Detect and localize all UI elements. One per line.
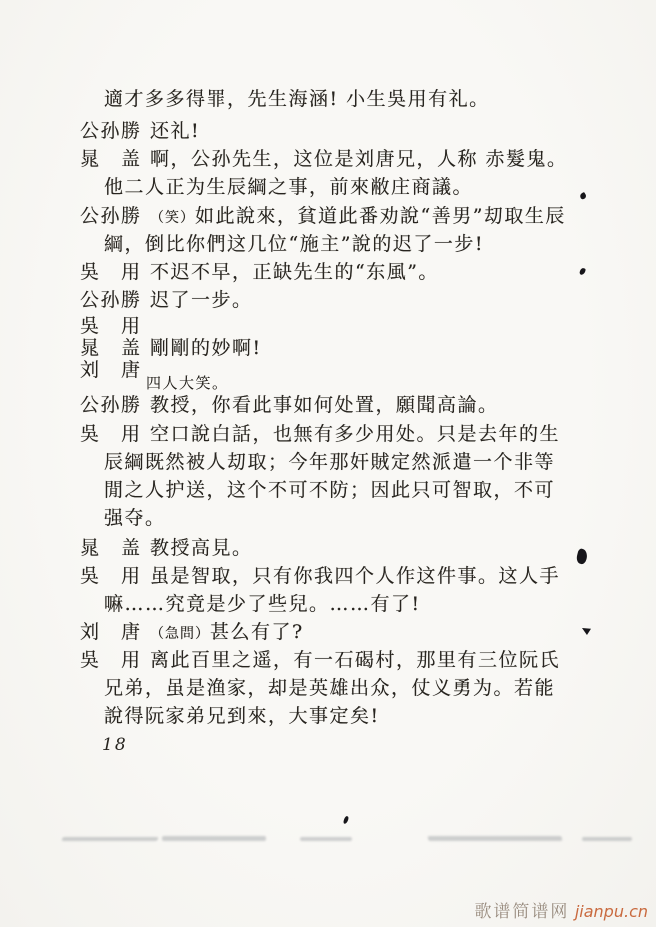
dialogue-text: 甚么有了?: [210, 621, 304, 643]
speaker-label: 晁 盖: [80, 148, 150, 170]
script-line-continuation: 兄弟，虽是渔家，却是英雄出众，仗义勇为。若能: [104, 677, 555, 699]
dialogue-text: 啊，公孙先生，这位是刘唐兄，人称 赤髮鬼。: [150, 148, 568, 170]
script-line: 公孙勝迟了一步。: [80, 289, 253, 311]
ink-speck: [579, 192, 587, 200]
dialogue-text: 离此百里之遥，有一石碣村，那里有三位阮氏: [150, 649, 560, 671]
watermark-site-name: 歌谱简谱网: [474, 902, 569, 922]
speaker-label: 刘 唐: [80, 355, 142, 382]
ink-speck: [582, 628, 591, 635]
ink-speck: [343, 816, 349, 825]
script-line: 公孙勝还礼!: [80, 120, 200, 142]
stage-direction: 四人大笑。: [146, 372, 229, 393]
speaker-label: 公孙勝: [80, 289, 150, 311]
script-line-continuation: 說得阮家弟兄到來，大事定矣!: [104, 705, 380, 727]
dialogue-text: 虽是智取，只有你我四个人作这件事。这人手: [150, 565, 560, 587]
print-smudge: [162, 836, 266, 841]
dialogue-text: 如此說來，貧道此番劝說“善男”刧取生辰: [195, 205, 566, 227]
speaker-label: 刘 唐: [80, 621, 150, 643]
scanned-script-page: 適才多多得罪，先生海涵! 小生吳用有礼。 公孙勝还礼! 晁 盖啊，公孙先生，这位…: [0, 0, 656, 927]
script-line-continuation: 閒之人护送，这个不可不防；因此只可智取，不可: [104, 479, 555, 501]
print-smudge: [582, 837, 632, 841]
script-line-continuation: 辰綱既然被人刧取；今年那奸賊定然派遣一个非等: [104, 451, 555, 473]
page-number: 18: [102, 735, 128, 755]
script-line: 吳 用不迟不早，正缺先生的“东風”。: [80, 261, 439, 283]
dialogue-text: 教授，你看此事如何处置，願聞高論。: [150, 394, 499, 416]
print-smudge: [428, 836, 563, 841]
ink-speck: [579, 267, 586, 275]
speaker-label: 吳 用: [80, 565, 150, 587]
script-line-continuation: 他二人正为生辰綱之事，前來敝庄商議。: [104, 176, 473, 198]
speaker-label: 公孙勝: [80, 394, 150, 416]
site-watermark: 歌谱简谱网 jianpu.cn: [474, 897, 648, 922]
script-line-continuation: 適才多多得罪，先生海涵! 小生吳用有礼。: [104, 88, 490, 110]
watermark-site-url: jianpu.cn: [575, 902, 648, 921]
stage-note-inline: （急問）: [150, 626, 210, 642]
script-line: 晁 盖啊，公孙先生，这位是刘唐兄，人称 赤髮鬼。: [80, 148, 568, 170]
speaker-label: 公孙勝: [80, 205, 150, 227]
stage-note-inline: （笑）: [150, 210, 195, 226]
speaker-label: 晁 盖: [80, 537, 150, 559]
print-smudge: [62, 837, 159, 841]
speaker-label: 吳 用: [80, 649, 150, 671]
speaker-label: 吳 用: [80, 423, 150, 445]
dialogue-text: 剛剛的妙啊!: [150, 333, 262, 360]
dialogue-text: 还礼!: [150, 120, 200, 142]
dialogue-text: 不迟不早，正缺先生的“东風”。: [150, 261, 439, 283]
script-line: 吳 用空口說白話，也無有多少用处。只是去年的生: [80, 423, 560, 445]
speaker-label: 吳 用: [80, 261, 150, 283]
print-smudge: [300, 837, 352, 841]
script-line: 晁 盖教授高見。: [80, 537, 253, 559]
script-line: 吳 用虽是智取，只有你我四个人作这件事。这人手: [80, 565, 560, 587]
script-line-continuation: 綱，倒比你們这几位“施主”說的迟了一步!: [104, 233, 484, 255]
script-line: 刘 唐（急問）甚么有了?: [80, 621, 304, 645]
dialogue-text: 迟了一步。: [150, 289, 253, 311]
dialogue-text: 教授高見。: [150, 537, 253, 559]
script-line: 公孙勝（笑）如此說來，貧道此番劝說“善男”刧取生辰: [80, 205, 566, 229]
speaker-label: 公孙勝: [80, 120, 150, 142]
script-line: 吳 用离此百里之遥，有一石碣村，那里有三位阮氏: [80, 649, 560, 671]
script-line-continuation: 嘛……究竟是少了些兒。……有了!: [104, 593, 421, 615]
script-line-continuation: 强夺。: [104, 507, 166, 529]
dialogue-text: 空口說白話，也無有多少用处。只是去年的生: [150, 423, 560, 445]
script-line: 公孙勝教授，你看此事如何处置，願聞高論。: [80, 394, 499, 416]
ink-speck: [575, 548, 588, 565]
